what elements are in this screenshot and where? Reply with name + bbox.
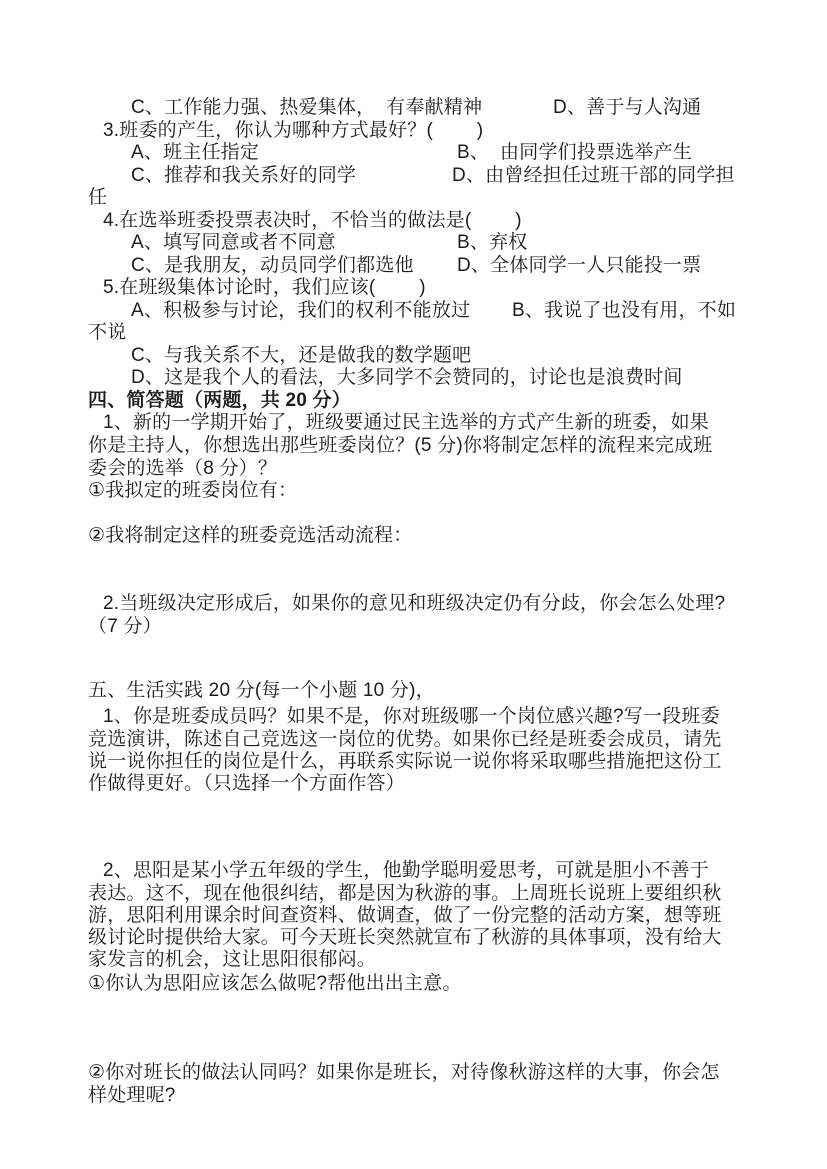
text-line: ①你认为思阳应该怎么做呢?帮他出出主意。 [0,972,827,995]
document-page: C、工作能力强、热爱集体， 有奉献精神D、善于与人沟通3.班委的产生，你认为哪种… [0,0,827,1169]
text-line: 4.在选举班委投票表决时，不恰当的做法是( ) [0,209,827,232]
text-segment: ②我将制定这样的班委竞选活动流程： [88,524,412,547]
text-line: 表达。这不，现在他很纠结，都是因为秋游的事。上周班长说班上要组织秋 [0,882,827,905]
text-segment: ①我拟定的班委岗位有： [88,479,297,502]
text-segment: 级讨论时提供给大家。可今天班长突然就宣布了秋游的具体事项，没有给大 [88,926,722,949]
text-segment: 说一说你担任的岗位是什么，再联系实际说一说你将采取哪些措施把这份工 [88,750,722,773]
text-segment: 3.班委的产生，你认为哪种方式最好？( ) [103,119,483,142]
text-segment: B、 由同学们投票选举产生 [457,141,692,164]
text-segment: 1、新的一学期开始了，班级要通过民主选举的方式产生新的班委，如果 [103,411,709,434]
text-line: ②你对班长的做法认同吗？如果你是班长，对待像秋游这样的大事，你会怎 [0,1061,827,1084]
text-line: C、是我朋友，动员同学们都选他D、全体同学一人只能投一票 [0,254,827,277]
text-segment: 任 [88,186,107,209]
text-segment: 4.在选举班委投票表决时，不恰当的做法是( ) [103,209,522,232]
text-line: ①我拟定的班委岗位有： [0,479,827,502]
text-line: 你是主持人，你想选出那些班委岗位？(5 分)你将制定怎样的流程来完成班 [0,434,827,457]
text-segment: C、与我关系不大，还是做我的数学题吧 [131,344,471,367]
text-line: 2.当班级决定形成后，如果你的意见和班级决定仍有分歧，你会怎么处理? [0,592,827,615]
text-line: 样处理呢? [0,1084,827,1107]
text-line: 级讨论时提供给大家。可今天班长突然就宣布了秋游的具体事项，没有给大 [0,926,827,949]
text-segment: B、弃权 [457,231,527,254]
text-line: 游，思阳利用课余时间查资料、做调查，做了一份完整的活动方案，想等班 [0,904,827,927]
text-segment: A、填写同意或者不同意 [131,231,336,254]
text-line: ②我将制定这样的班委竞选活动流程： [0,524,827,547]
text-segment: C、工作能力强、热爱集体， 有奉献精神 [131,96,482,119]
text-line: D、这是我个人的看法，大多同学不会赞同的，讨论也是浪费时间 [0,366,827,389]
text-line: （7 分） [0,615,827,638]
text-segment: A、班主任指定 [131,141,259,164]
text-segment: 作做得更好。（只选择一个方面作答） [88,772,405,795]
text-line: 说一说你担任的岗位是什么，再联系实际说一说你将采取哪些措施把这份工 [0,750,827,773]
text-segment: D、善于与人沟通 [553,96,701,119]
text-segment: ②你对班长的做法认同吗？如果你是班长，对待像秋游这样的大事，你会怎 [88,1061,720,1084]
text-segment: ①你认为思阳应该怎么做呢?帮他出出主意。 [88,972,462,995]
text-line: A、班主任指定B、 由同学们投票选举产生 [0,141,827,164]
text-line: 不说 [0,321,827,344]
text-segment: B、我说了也没有用，不如 [512,299,736,322]
text-segment: 委会的选举（8 分）？ [88,457,277,480]
text-segment: 五、生活实践 20 分(每一个小题 10 分)， [88,679,435,702]
text-segment: 5.在班级集体讨论时，我们应该( ) [103,276,426,299]
text-segment: 2.当班级决定形成后，如果你的意见和班级决定仍有分歧，你会怎么处理? [103,592,725,615]
text-segment: 表达。这不，现在他很纠结，都是因为秋游的事。上周班长说班上要组织秋 [88,882,722,905]
text-line: C、推荐和我关系好的同学D、由曾经担任过班干部的同学担 [0,164,827,187]
text-segment: C、是我朋友，动员同学们都选他 [131,254,414,277]
text-line: 3.班委的产生，你认为哪种方式最好？( ) [0,119,827,142]
section-heading-line: 四、简答题（两题，共 20 分） [0,389,827,412]
text-line: 2、思阳是某小学五年级的学生，他勤学聪明爱思考，可就是胆小不善于 [0,859,827,882]
text-line: 任 [0,186,827,209]
text-segment: 游，思阳利用课余时间查资料、做调查，做了一份完整的活动方案，想等班 [88,904,722,927]
text-line: 五、生活实践 20 分(每一个小题 10 分)， [0,679,827,702]
text-line: 1、你是班委成员吗？如果不是，你对班级哪一个岗位感兴趣?写一段班委 [0,705,827,728]
text-segment: 竞选演讲，陈述自己竞选这一岗位的优势。如果你已经是班委会成员，请先 [88,728,722,751]
text-line: 竞选演讲，陈述自己竞选这一岗位的优势。如果你已经是班委会成员，请先 [0,728,827,751]
text-segment: A、积极参与讨论，我们的权利不能放过 [131,299,470,322]
text-line: A、积极参与讨论，我们的权利不能放过B、我说了也没有用，不如 [0,299,827,322]
text-line: C、工作能力强、热爱集体， 有奉献精神D、善于与人沟通 [0,96,827,119]
text-segment: 四、简答题（两题，共 20 分） [88,389,351,412]
text-segment: 家发言的机会，这让思阳很郁闷。 [88,948,376,971]
text-segment: （7 分） [88,615,162,638]
text-segment: 你是主持人，你想选出那些班委岗位？(5 分)你将制定怎样的流程来完成班 [88,434,713,457]
text-line: 5.在班级集体讨论时，我们应该( ) [0,276,827,299]
text-segment: 样处理呢? [88,1084,176,1107]
text-segment: C、推荐和我关系好的同学 [131,164,356,187]
text-segment: 2、思阳是某小学五年级的学生，他勤学聪明爱思考，可就是胆小不善于 [103,859,709,882]
text-segment: D、由曾经担任过班干部的同学担 [452,164,735,187]
text-segment: 不说 [88,321,126,344]
text-line: C、与我关系不大，还是做我的数学题吧 [0,344,827,367]
text-line: 作做得更好。（只选择一个方面作答） [0,772,827,795]
text-line: 委会的选举（8 分）？ [0,457,827,480]
text-segment: D、这是我个人的看法，大多同学不会赞同的，讨论也是浪费时间 [131,366,683,389]
text-line: 家发言的机会，这让思阳很郁闷。 [0,948,827,971]
text-segment: 1、你是班委成员吗？如果不是，你对班级哪一个岗位感兴趣?写一段班委 [103,705,720,728]
text-segment: D、全体同学一人只能投一票 [457,254,701,277]
text-line: 1、新的一学期开始了，班级要通过民主选举的方式产生新的班委，如果 [0,411,827,434]
text-line: A、填写同意或者不同意B、弃权 [0,231,827,254]
